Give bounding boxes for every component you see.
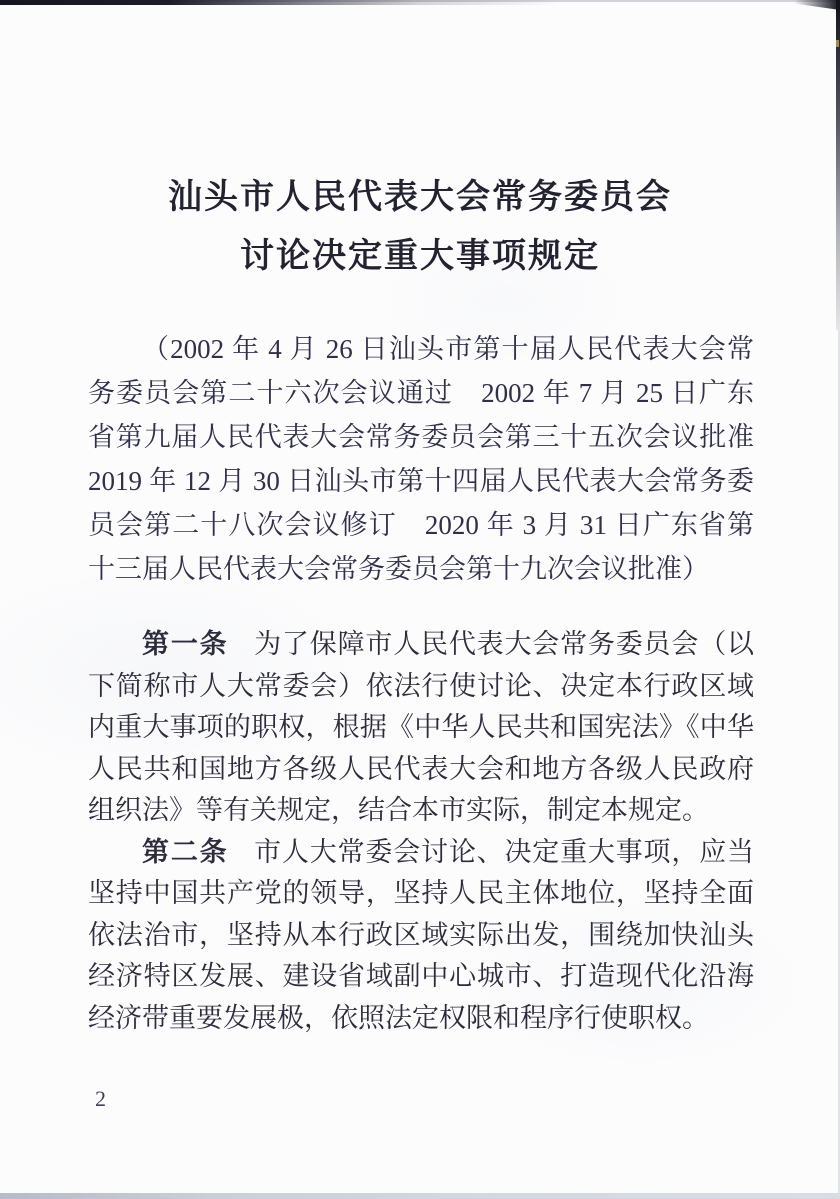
legislative-history-preamble: （2002 年 4 月 26 日汕头市第十届人民代表大会常务委员会第二十六次会议… [88, 327, 754, 591]
article-1: 第一条为了保障市人民代表大会常务委员会（以下简称市人大常委会）依法行使讨论、决定… [88, 624, 754, 832]
document-title-line-2: 讨论决定重大事项规定 [240, 238, 600, 275]
scan-artifact-top-right-corner [794, 0, 840, 10]
article-1-label: 第一条 [142, 629, 228, 659]
scanned-document-page: 汕头市人民代表大会常务委员会 讨论决定重大事项规定 （2002 年 4 月 26… [0, 0, 840, 1199]
page-number: 2 [95, 1086, 106, 1112]
articles-body: 第一条为了保障市人民代表大会常务委员会（以下简称市人大常委会）依法行使讨论、决定… [88, 624, 754, 1039]
document-title: 汕头市人民代表大会常务委员会 讨论决定重大事项规定 [0, 168, 840, 286]
scan-artifact-top-edge [0, 0, 560, 5]
document-title-line-1: 汕头市人民代表大会常务委员会 [168, 179, 672, 216]
article-2: 第二条市人大常委会讨论、决定重大事项，应当坚持中国共产党的领导，坚持人民主体地位… [88, 832, 754, 1040]
article-2-label: 第二条 [142, 837, 228, 867]
scan-artifact-bottom-edge [0, 1193, 840, 1199]
scan-artifact-right-fleck [836, 40, 839, 47]
